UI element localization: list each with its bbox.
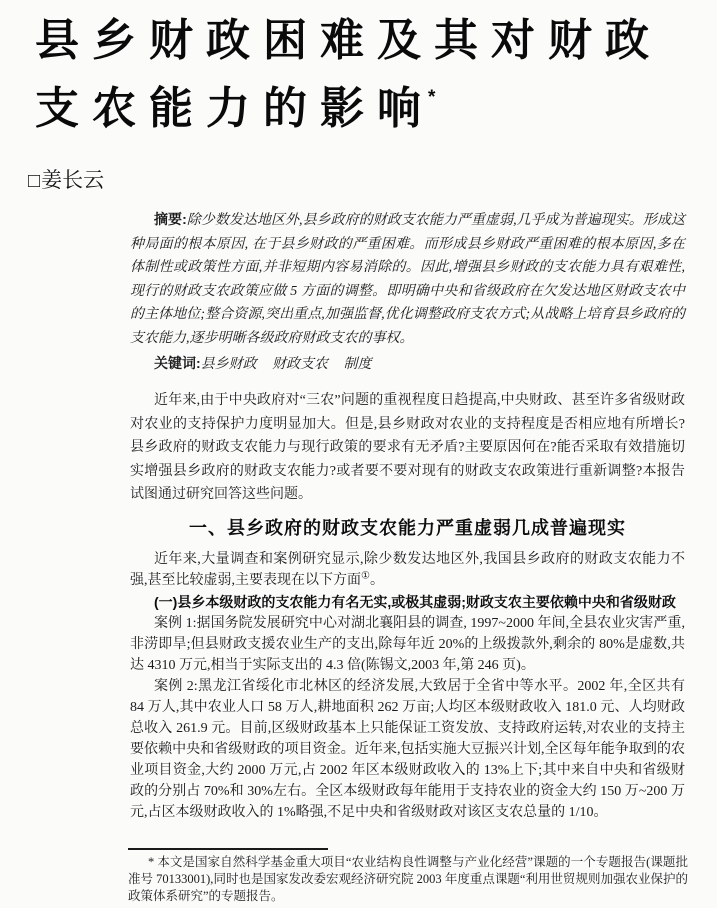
keywords-line: 关键词:县乡财政财政支农制度: [130, 351, 685, 377]
abstract-section: 摘要:除少数发达地区外,县乡政府的财政支农能力严重虚弱,几乎成为普遍现实。形成这…: [130, 208, 685, 377]
case-study-1-paragraph: 案例 1:据国务院发展研究中心对湖北襄阳县的调查, 1997~2000 年间,全…: [130, 613, 685, 676]
author-square-icon: □: [28, 170, 40, 192]
footnote-marker: *: [148, 855, 154, 869]
document-page: 县乡财政困难及其对财政 支农能力的影响* □姜长云 摘要:除少数发达地区外,县乡…: [0, 0, 717, 908]
abstract-label: 摘要:: [154, 211, 187, 227]
author-line: □姜长云: [28, 164, 717, 194]
section-1-lead-tail: 。: [370, 573, 384, 588]
keyword-item: 县乡财政: [201, 357, 257, 372]
title-footnote-marker: *: [428, 87, 435, 108]
keyword-item: 财政支农: [272, 357, 328, 372]
abstract-text: 除少数发达地区外,县乡政府的财政支农能力严重虚弱,几乎成为普遍现实。形成这种局面…: [130, 213, 685, 346]
intro-paragraph: 近年来,由于中央政府对“三农”问题的重视程度日趋提高,中央财政、甚至许多省级财政…: [130, 389, 685, 507]
footnote-text-block: *本文是国家自然科学基金重大项目“农业结构良性调整与产业化经营”课题的一个专题报…: [128, 854, 688, 905]
section-1-lead-paragraph: 近年来,大量调查和案例研究显示,除少数发达地区外,我国县乡政府的财政支农能力不强…: [130, 549, 685, 592]
section-1-lead-text: 近年来,大量调查和案例研究显示,除少数发达地区外,我国县乡政府的财政支农能力不强…: [130, 552, 685, 589]
footnote-divider: [128, 848, 328, 850]
footnote-ref-1: ①: [361, 570, 370, 581]
footnote-area: *本文是国家自然科学基金重大项目“农业结构良性调整与产业化经营”课题的一个专题报…: [128, 848, 688, 905]
abstract-paragraph: 摘要:除少数发达地区外,县乡政府的财政支农能力严重虚弱,几乎成为普遍现实。形成这…: [130, 208, 685, 350]
footnote-text: 本文是国家自然科学基金重大项目“农业结构良性调整与产业化经营”课题的一个专题报告…: [128, 855, 688, 903]
section-1-heading: 一、县乡政府的财政支农能力严重虚弱几成普遍现实: [130, 515, 685, 541]
article-title-line1: 县乡财政困难及其对财政: [35, 16, 662, 65]
author-name: 姜长云: [41, 168, 104, 192]
main-text-column: 摘要:除少数发达地区外,县乡政府的财政支农能力严重虚弱,几乎成为普遍现实。形成这…: [130, 208, 685, 823]
case-study-2-paragraph: 案例 2:黑龙江省绥化市北林区的经济发展,大致居于全省中等水平。2002 年,全…: [130, 676, 685, 823]
keyword-item: 制度: [343, 357, 371, 372]
article-title: 县乡财政困难及其对财政 支农能力的影响*: [35, 12, 717, 137]
subsection-1-heading: (一)县乡本级财政的支农能力有名无实,或极其虚弱;财政支农主要依赖中央和省级财政: [130, 592, 685, 614]
article-title-line2: 支农能力的影响: [35, 84, 434, 133]
keywords-label: 关键词:: [154, 355, 201, 371]
